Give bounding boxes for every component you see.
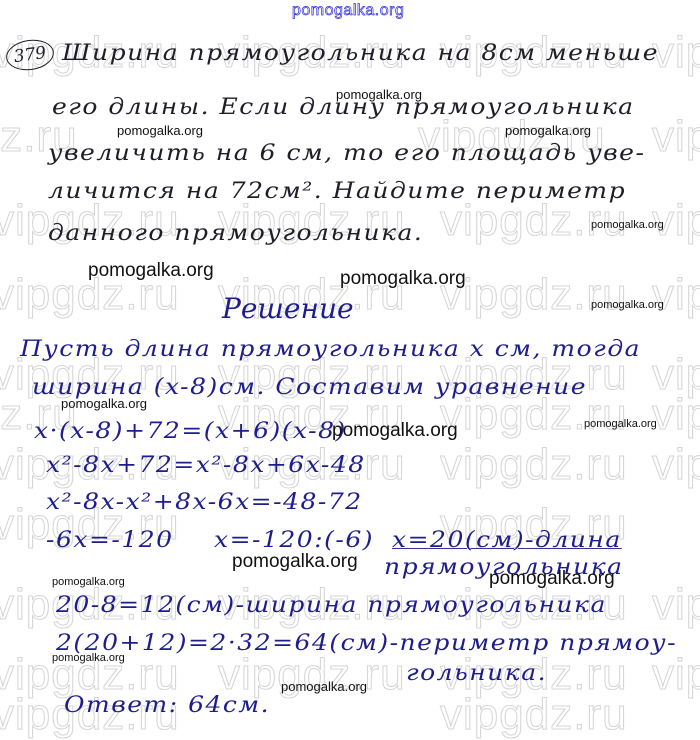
overlay-watermark: pomogalka.org <box>332 420 458 442</box>
background-watermark: vip <box>652 112 700 162</box>
solution-line: Пусть длина прямоугольника x см, тогда <box>20 335 641 361</box>
background-watermark: vipgdz.ru <box>440 690 628 740</box>
solution-line: гольника. <box>406 659 547 685</box>
equation-line: x=-120:(-6) <box>214 526 374 552</box>
equation-line: x=20(см)-длина <box>392 526 622 552</box>
top-banner-watermark: pomogalka.org <box>292 2 404 20</box>
problem-line: увеличить на 6 см, то его площадь уве- <box>48 139 645 165</box>
overlay-watermark: pomogalka.org <box>489 568 615 590</box>
overlay-watermark: pomogalka.org <box>336 87 422 102</box>
equation-line: x²-8x-x²+8x-6x=-48-72 <box>46 488 363 514</box>
background-watermark: vipgdz.ru <box>440 270 628 320</box>
overlay-watermark: pomogalka.org <box>61 396 147 411</box>
equation-line: -6x=-120 <box>46 526 174 552</box>
problem-line: данного прямоугольника. <box>48 219 423 245</box>
solution-line: 20-8=12(см)-ширина прямоугольника <box>56 591 607 617</box>
overlay-watermark: pomogalka.org <box>340 268 466 290</box>
background-watermark: vip <box>652 650 700 700</box>
solution-line: 2(20+12)=2·32=64(см)-периметр прямоу- <box>56 629 677 655</box>
background-watermark: vip <box>652 390 700 440</box>
overlay-watermark: pomogalka.org <box>52 652 125 664</box>
equation-line: x·(x-8)+72=(x+6)(x-8) <box>34 417 347 443</box>
overlay-watermark: pomogalka.org <box>117 123 203 138</box>
overlay-watermark: pomogalka.org <box>88 260 214 282</box>
answer-line: Ответ: 64см. <box>64 691 270 717</box>
background-watermark: vip <box>652 28 700 78</box>
overlay-watermark: pomogalka.org <box>52 576 125 588</box>
background-watermark: vip <box>652 580 700 630</box>
overlay-watermark: pomogalka.org <box>281 679 367 694</box>
overlay-watermark: pomogalka.org <box>584 418 657 430</box>
overlay-watermark: pomogalka.org <box>591 219 664 231</box>
problem-line: Ширина прямоугольника на 8см меньше <box>62 39 659 65</box>
solution-heading: Решение <box>222 292 354 325</box>
problem-line: личится на 72см². Найдите периметр <box>48 177 626 203</box>
overlay-watermark: pomogalka.org <box>232 551 358 573</box>
background-watermark: vipgdz.ru <box>440 440 628 490</box>
background-watermark: vip <box>652 440 700 490</box>
overlay-watermark: pomogalka.org <box>591 299 664 311</box>
background-watermark: vip <box>652 270 700 320</box>
overlay-watermark: pomogalka.org <box>505 123 591 138</box>
homework-scan: vipgdz.ru vipgdz.ru vipgdz.ru vip vipgdz… <box>0 0 700 740</box>
equation-line: x²-8x+72=x²-8x+6x-48 <box>46 451 366 477</box>
